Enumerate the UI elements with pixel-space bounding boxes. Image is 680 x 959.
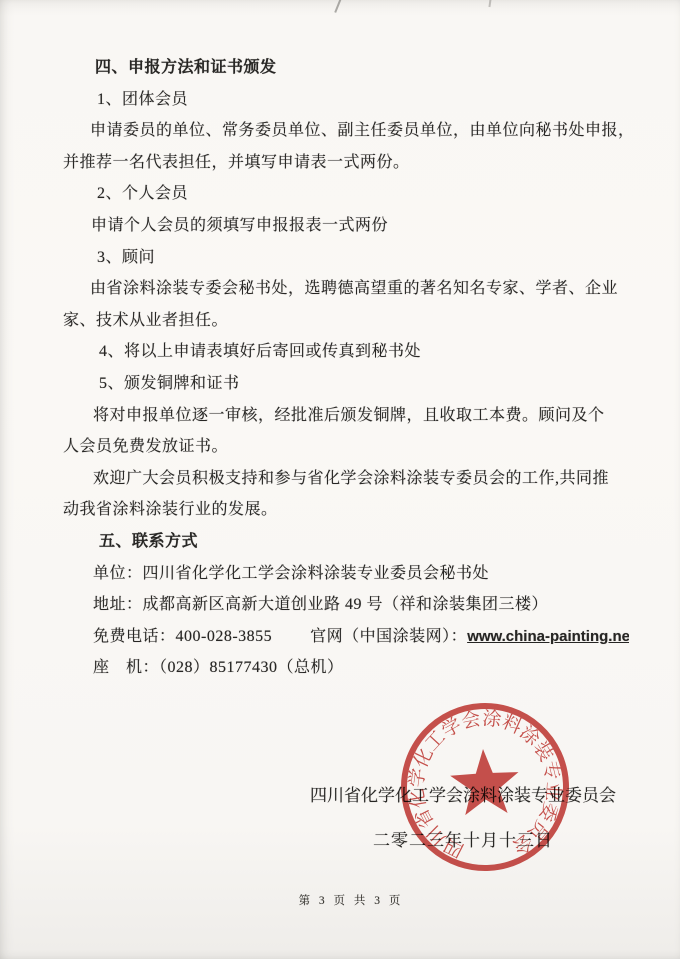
item-2-individual-member: 2、个人会员 bbox=[63, 178, 629, 210]
para-individual-member: 申请个人会员的须填写申报报表一式两份 bbox=[63, 210, 629, 242]
contact-landline-line: 座 机：（028）85177430（总机） bbox=[63, 652, 629, 684]
para-advisor-line1: 由省涂料涂装专委会秘书处，选聘德高望重的著名知名专家、学者、企业 bbox=[63, 273, 629, 305]
scan-artifact-line bbox=[334, 0, 341, 13]
contact-address-line: 地址：成都高新区高新大道创业路 49 号（祥和涂装集团三楼） bbox=[63, 589, 629, 621]
official-seal-stamp: 四川省化学化工学会涂料涂装专业委员会 bbox=[385, 687, 585, 887]
website-label: 官网（中国涂装网）： bbox=[310, 628, 467, 645]
item-1-group-member: 1、团体会员 bbox=[63, 84, 629, 116]
section-heading-four: 四、申报方法和证书颁发 bbox=[63, 52, 629, 84]
page-number-footer: 第 3 页 共 3 页 bbox=[0, 892, 680, 908]
section-heading-five: 五、联系方式 bbox=[63, 526, 629, 558]
item-5-plaque-certificate: 5、颁发铜牌和证书 bbox=[63, 368, 629, 400]
para-welcome-line2: 动我省涂料涂装行业的发展。 bbox=[63, 494, 629, 526]
para-welcome-line1: 欢迎广大会员积极支持和参与省化学会涂料涂装专委员会的工作,共同推 bbox=[63, 463, 629, 495]
item-4-mail-or-fax: 4、将以上申请表填好后寄回或传真到秘书处 bbox=[63, 336, 629, 368]
document-body: 四、申报方法和证书颁发1、团体会员申请委员的单位、常务委员单位、副主任委员单位，… bbox=[63, 52, 629, 684]
contact-phone-website-line: 免费电话：400-028-3855官网（中国涂装网）：www.china-pai… bbox=[63, 621, 629, 653]
website-url: www.china-painting.net bbox=[467, 628, 629, 645]
para-group-member-line1: 申请委员的单位、常务委员单位、副主任委员单位，由单位向秘书处申报， bbox=[63, 115, 629, 147]
star-icon bbox=[449, 747, 521, 816]
para-review-line2: 人会员免费发放证书。 bbox=[63, 431, 629, 463]
para-group-member-line2: 并推荐一名代表担任，并填写申请表一式两份。 bbox=[63, 147, 629, 179]
tollfree-phone-text: 免费电话：400-028-3855 bbox=[93, 628, 272, 645]
scan-artifact-mark bbox=[488, 0, 491, 7]
para-advisor-line2: 家、技术从业者担任。 bbox=[63, 305, 629, 337]
item-3-advisor: 3、顾问 bbox=[63, 242, 629, 274]
contact-unit-line: 单位：四川省化学化工学会涂料涂装专业委员会秘书处 bbox=[63, 558, 629, 590]
para-review-line1: 将对申报单位逐一审核，经批准后颁发铜牌，且收取工本费。顾问及个 bbox=[63, 400, 629, 432]
scanned-document-page: 四、申报方法和证书颁发1、团体会员申请委员的单位、常务委员单位、副主任委员单位，… bbox=[0, 0, 680, 959]
